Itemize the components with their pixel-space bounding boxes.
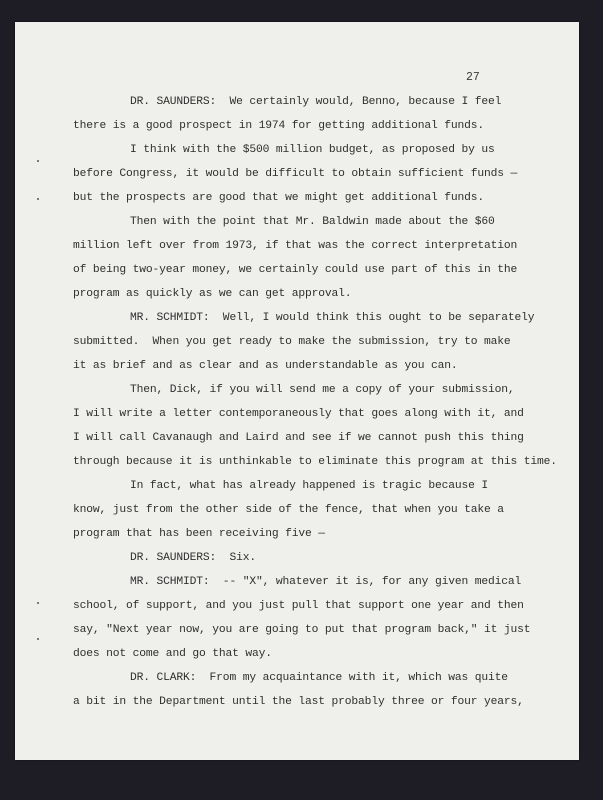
transcript-line: a bit in the Department until the last p… (73, 696, 524, 708)
transcript-line: there is a good prospect in 1974 for get… (73, 120, 484, 132)
page-number: 27 (466, 71, 480, 84)
margin-dot-mark (37, 602, 39, 604)
margin-dot-mark (37, 198, 39, 200)
document-page: 27 DR. SAUNDERS: We certainly would, Ben… (15, 22, 579, 760)
transcript-line: million left over from 1973, if that was… (73, 240, 517, 252)
transcript-line: DR. SAUNDERS: We certainly would, Benno,… (130, 96, 501, 108)
transcript-line: Then with the point that Mr. Baldwin mad… (130, 216, 495, 228)
margin-dot-mark (37, 160, 39, 162)
transcript-line: but the prospects are good that we might… (73, 192, 484, 204)
transcript-line: say, "Next year now, you are going to pu… (73, 624, 530, 636)
transcript-line: of being two-year money, we certainly co… (73, 264, 517, 276)
transcript-line: MR. SCHMIDT: Well, I would think this ou… (130, 312, 534, 324)
transcript-line: program that has been receiving five — (73, 528, 325, 540)
transcript-line: I think with the $500 million budget, as… (130, 144, 495, 156)
transcript-line: through because it is unthinkable to eli… (73, 456, 557, 468)
transcript-line: program as quickly as we can get approva… (73, 288, 351, 300)
transcript-line: DR. SAUNDERS: Six. (130, 552, 256, 564)
transcript-line: Then, Dick, if you will send me a copy o… (130, 384, 515, 396)
transcript-line: it as brief and as clear and as understa… (73, 360, 458, 372)
margin-dot-mark (37, 638, 39, 640)
transcript-line: MR. SCHMIDT: -- "X", whatever it is, for… (130, 576, 521, 588)
transcript-line: submitted. When you get ready to make th… (73, 336, 511, 348)
transcript-line: does not come and go that way. (73, 648, 272, 660)
transcript-line: school, of support, and you just pull th… (73, 600, 524, 612)
transcript-line: In fact, what has already happened is tr… (130, 480, 488, 492)
transcript-line: I will call Cavanaugh and Laird and see … (73, 432, 524, 444)
transcript-line: DR. CLARK: From my acquaintance with it,… (130, 672, 508, 684)
transcript-line: know, just from the other side of the fe… (73, 504, 504, 516)
transcript-line: I will write a letter contemporaneously … (73, 408, 524, 420)
transcript-line: before Congress, it would be difficult t… (73, 168, 517, 180)
